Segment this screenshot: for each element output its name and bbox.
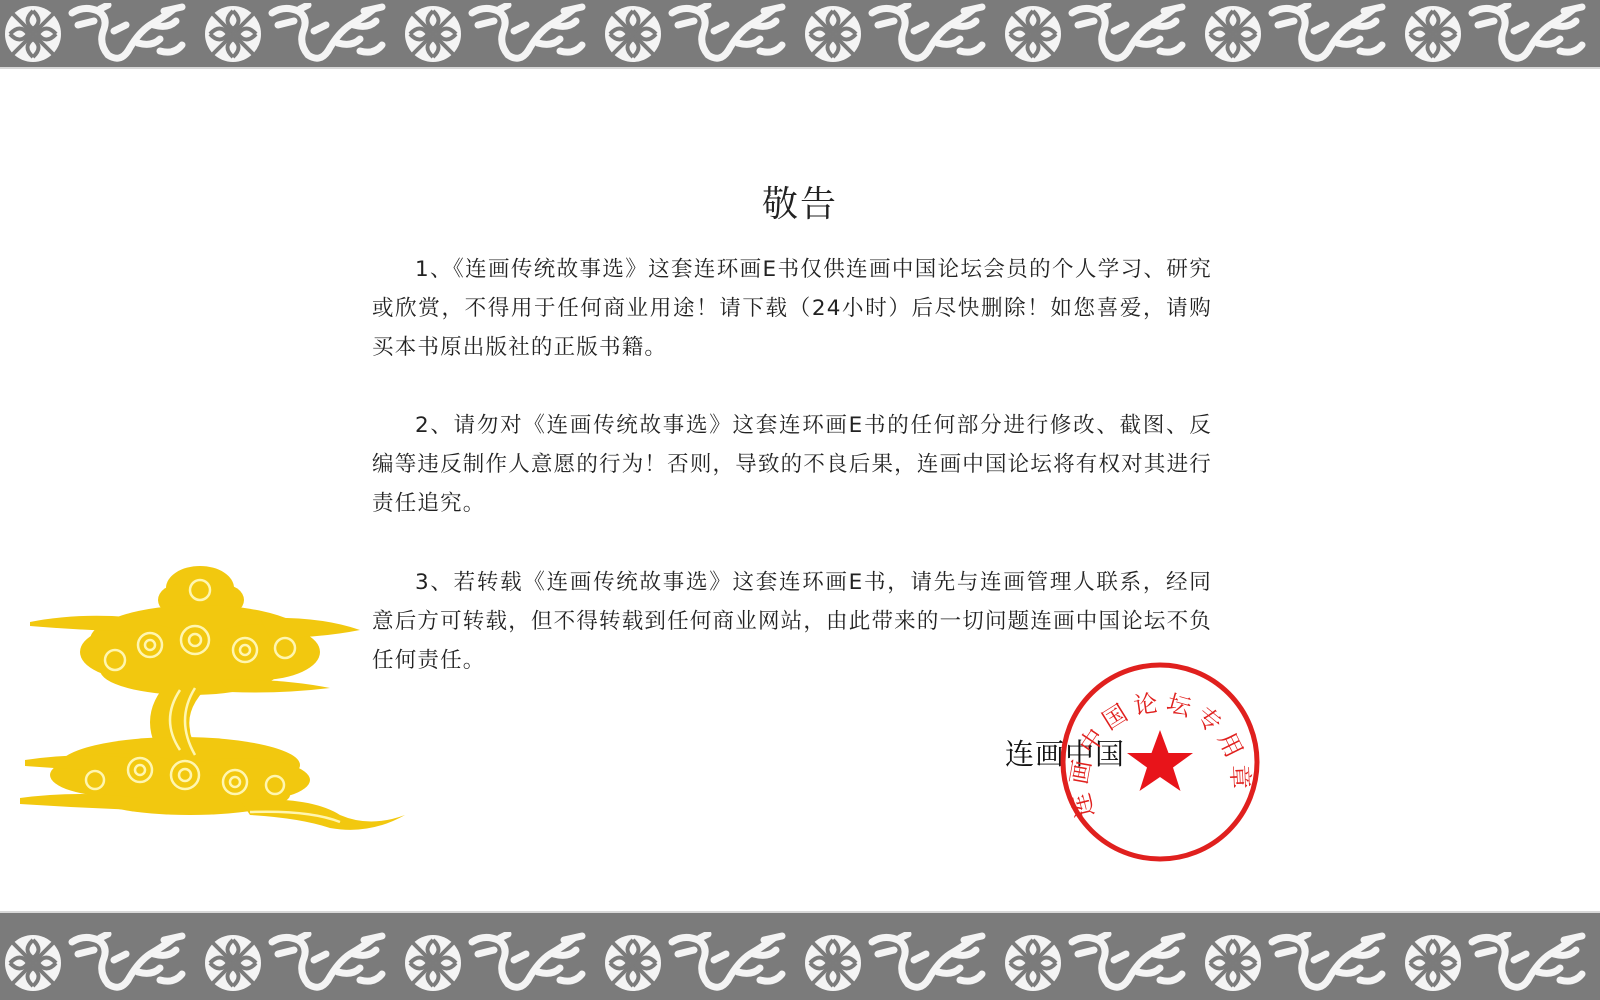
round-knot-icon	[1202, 932, 1264, 994]
dragon-icon	[864, 3, 992, 65]
border-motif-row	[2, 932, 1600, 994]
round-knot-icon	[402, 932, 464, 994]
round-knot-icon	[2, 3, 64, 65]
border-motif	[802, 932, 1002, 994]
dragon-icon	[464, 932, 592, 994]
round-knot-icon	[2, 932, 64, 994]
dragon-icon	[64, 932, 192, 994]
notice-text: 2、请勿对《连画传统故事选》这套连环画E书的任何部分进行修改、截图、反编等违反制…	[372, 406, 1212, 523]
round-knot-icon	[202, 932, 264, 994]
notice-paragraph-1: 1、《连画传统故事选》这套连环画E书仅供连画中国论坛会员的个人学习、研究或欣赏，…	[372, 250, 1212, 367]
border-motif	[2, 932, 202, 994]
round-knot-icon	[602, 932, 664, 994]
border-motif	[802, 3, 1002, 65]
dragon-icon	[1064, 3, 1192, 65]
dragon-icon	[464, 3, 592, 65]
round-knot-icon	[402, 3, 464, 65]
round-knot-icon	[1402, 932, 1464, 994]
dragon-icon	[264, 3, 392, 65]
official-seal-icon: 连画中国论坛专用章	[1058, 660, 1262, 868]
dragon-icon	[64, 3, 192, 65]
border-motif	[602, 3, 802, 65]
round-knot-icon	[802, 932, 864, 994]
round-knot-icon	[602, 3, 664, 65]
page-title: 敬告	[0, 176, 1600, 227]
dragon-icon	[264, 932, 392, 994]
dragon-icon	[1064, 932, 1192, 994]
dragon-icon	[1264, 932, 1392, 994]
dragon-icon	[1264, 3, 1392, 65]
dragon-icon	[664, 932, 792, 994]
notice-text: 1、《连画传统故事选》这套连环画E书仅供连画中国论坛会员的个人学习、研究或欣赏，…	[372, 250, 1212, 367]
dragon-icon	[864, 932, 992, 994]
top-border-band	[0, 0, 1600, 69]
auspicious-cloud-icon	[20, 560, 410, 839]
dragon-icon	[664, 3, 792, 65]
border-motif	[2, 3, 202, 65]
round-knot-icon	[1002, 3, 1064, 65]
dragon-icon	[1464, 932, 1592, 994]
border-motif-row	[2, 3, 1600, 65]
border-motif	[602, 932, 802, 994]
border-motif	[1002, 932, 1202, 994]
notice-paragraph-2: 2、请勿对《连画传统故事选》这套连环画E书的任何部分进行修改、截图、反编等违反制…	[372, 406, 1212, 523]
round-knot-icon	[1002, 932, 1064, 994]
border-motif	[1002, 3, 1202, 65]
border-motif	[202, 3, 402, 65]
border-motif	[1402, 3, 1600, 65]
round-knot-icon	[1202, 3, 1264, 65]
round-knot-icon	[1402, 3, 1464, 65]
border-motif	[202, 932, 402, 994]
round-knot-icon	[202, 3, 264, 65]
round-knot-icon	[802, 3, 864, 65]
border-motif	[1202, 932, 1402, 994]
border-motif	[402, 932, 602, 994]
border-motif	[1202, 3, 1402, 65]
border-motif	[1402, 932, 1600, 994]
dragon-icon	[1464, 3, 1592, 65]
bottom-border-band	[0, 911, 1600, 1000]
border-motif	[402, 3, 602, 65]
